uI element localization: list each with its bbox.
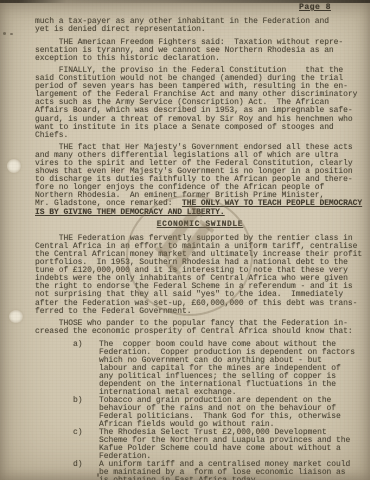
list-item-c: c) The Rhodesia Select Trust £2,000,000 … — [35, 429, 365, 461]
section-heading-economic-swindle: ECONOMIC SWINDLE — [35, 221, 365, 229]
paragraph-american-freedom-fighters: THE American Freedom Fighters said: Taxa… — [35, 39, 365, 63]
scanned-document-page: Page 8 much a tax-payer as any other inh… — [0, 0, 370, 480]
paragraph-her-majestys-government: THE fact that Her Majesty's Government e… — [35, 144, 365, 216]
reasons-list: a) The copper boom could have come about… — [35, 341, 365, 480]
paragraph-those-who-pander: THOSE who pander to the popular fancy th… — [35, 320, 365, 336]
list-item-text: A uniform tariff and a centralised money… — [99, 461, 365, 480]
paragraph-federation-rentier-class: THE Federation was fervently supported b… — [35, 235, 365, 315]
list-item-text: Tobacco and grain production are depende… — [99, 397, 365, 429]
hole-punch-icon — [7, 159, 21, 173]
list-item-label: d) — [73, 461, 99, 480]
list-item-text: The Rhodesia Select Trust £2,000,000 Dev… — [99, 429, 365, 461]
ink-speck — [97, 473, 99, 477]
page-number: Page 8 — [299, 3, 331, 12]
list-item-b: b) Tobacco and grain production are depe… — [35, 397, 365, 429]
document-body: much a tax-payer as any other inhabitant… — [35, 18, 365, 480]
ink-speck — [10, 33, 13, 35]
list-item-d: d) A uniform tariff and a centralised mo… — [35, 461, 365, 480]
ink-speck — [3, 32, 6, 35]
list-item-label: c) — [73, 429, 99, 461]
list-item-text: The copper boom could have come about wi… — [99, 341, 365, 397]
hole-punch-icon — [9, 310, 23, 323]
list-item-label: a) — [73, 341, 99, 397]
paragraph-continuation: much a tax-payer as any other inhabitant… — [35, 18, 365, 34]
list-item-a: a) The copper boom could have come about… — [35, 341, 365, 397]
paragraph-finally-constitution: FINALLY, the proviso in the Federal Cons… — [35, 67, 365, 139]
list-item-label: b) — [73, 397, 99, 429]
